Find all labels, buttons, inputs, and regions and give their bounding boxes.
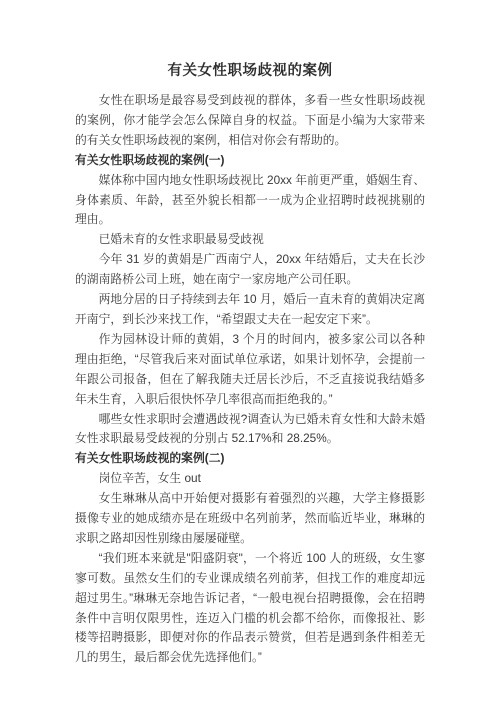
paragraph: 媒体称中国内地女性职场歧视比 20xx 年前更严重，婚姻生育、身体素质、年龄，甚… [75, 171, 425, 231]
paragraph-intro: 女性在职场是最容易受到歧视的群体，多看一些女性职场歧视的案例，你才能学会怎么保障… [75, 91, 425, 151]
paragraph: 两地分居的日子持续到去年 10 月，婚后一直未育的黄娟决定离开南宁，到长沙来找工… [75, 290, 425, 330]
section-heading-2: 有关女性职场歧视的案例(二) [75, 449, 425, 469]
paragraph: 哪些女性求职时会遭遇歧视?调查认为已婚未育女性和大龄未婚女性求职最易受歧视的分别… [75, 410, 425, 450]
doc-body: 女性在职场是最容易受到歧视的群体，多看一些女性职场歧视的案例，你才能学会怎么保障… [75, 91, 425, 668]
paragraph-subtitle: 已婚未育的女性求职最易受歧视 [75, 230, 425, 250]
paragraph: 今年 31 岁的黄娟是广西南宁人，20xx 年结婚后，丈夫在长沙的湖南路桥公司上… [75, 250, 425, 290]
doc-title: 有关女性职场歧视的案例 [75, 60, 425, 82]
section-heading-1: 有关女性职场歧视的案例(一) [75, 151, 425, 171]
paragraph: “我们班本来就是"阳盛阴衰"，一个将近 100 人的班级，女生寥寥可数。虽然女生… [75, 549, 425, 668]
paragraph: 作为园林设计师的黄娟，3 个月的时间内，被多家公司以各种理由拒绝，“尽管我后来对… [75, 330, 425, 410]
document-page: 有关女性职场歧视的案例 女性在职场是最容易受到歧视的群体，多看一些女性职场歧视的… [0, 0, 500, 707]
paragraph: 女生琳琳从高中开始便对摄影有着强烈的兴趣，大学主修摄影摄像专业的她成绩亦是在班级… [75, 489, 425, 549]
paragraph-subtitle: 岗位辛苦，女生 out [75, 469, 425, 489]
